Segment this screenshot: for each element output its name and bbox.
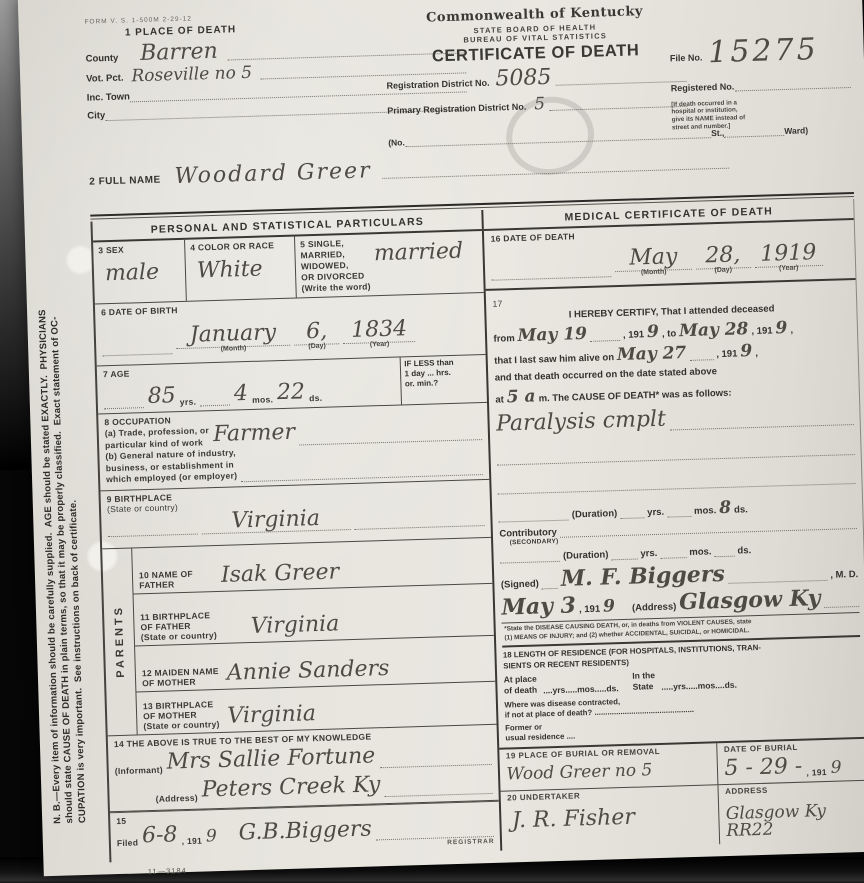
full-name-label: 2 FULL NAME <box>89 175 161 188</box>
date-of-birth-cell: 6 DATE OF BIRTH January (Month) 6, (Day) <box>95 293 486 367</box>
mos-label: mos. <box>252 395 273 406</box>
race-label: 4 COLOR OR RACE <box>190 240 289 253</box>
year-handwritten: 9 <box>603 598 615 615</box>
dob-year-value: 1834 <box>343 316 416 344</box>
comma: , <box>790 325 793 336</box>
signed-label: (Signed) <box>501 579 539 591</box>
year-handwritten: 9 <box>775 320 787 337</box>
undertaker-signature: J. R. Fisher <box>512 805 714 833</box>
marital-cell: 5 SINGLE, MARRIED, WIDOWED, OR DIVORCED … <box>295 231 484 298</box>
dotted-line <box>714 549 734 558</box>
dotted-line <box>499 513 569 523</box>
marital-value: married <box>374 241 465 293</box>
primary-registration-label: Primary Registration District No. <box>387 102 526 116</box>
duration-ds-label: ds. <box>737 545 751 556</box>
certificate-form: FORM V. S. 1-500M 2-29-12 1 PLACE OF DEA… <box>84 0 864 878</box>
city-label: City <box>87 110 105 122</box>
sex-cell: 3 SEX male <box>93 240 187 304</box>
year-printed: , 191 <box>751 325 772 337</box>
dotted-line <box>611 552 637 561</box>
year-handwritten: 9 <box>647 324 659 341</box>
ward-label: Ward) <box>784 125 808 136</box>
certify-line1: I HEREBY CERTIFY, That I attended deceas… <box>569 303 775 320</box>
registration-district-label: Registration District No. <box>386 78 489 91</box>
age-months-value: 4 <box>234 383 249 405</box>
sign-address-label: (Address) <box>632 602 677 614</box>
time-cause-row: at 5 a m. The CAUSE OF DEATH* was as fol… <box>495 379 853 406</box>
street-ward-row: (No. St., Ward) <box>388 125 808 147</box>
undertaker-address-cell: ADDRESS Glasgow Ky RR22 <box>719 781 864 844</box>
filed-date-value: 6-8 <box>142 824 178 847</box>
duration-label: (Duration) <box>563 550 609 562</box>
dod-year-value: 1919 <box>754 240 823 268</box>
cause-of-death-value: Paralysis cmplt <box>496 409 666 436</box>
occupation-b-label: (b) General nature of industry, business… <box>105 448 237 486</box>
father-birthplace-value: Virginia <box>250 613 339 638</box>
full-name-row: 2 FULL NAME Woodard Greer <box>89 150 729 188</box>
sex-label: 3 SEX <box>98 243 179 255</box>
last-saw-value: May 27 <box>617 345 687 364</box>
from-label: from <box>493 333 514 345</box>
place-of-burial-label: 19 PLACE OF BURIAL OR REMOVAL <box>506 746 711 761</box>
duration-label: (Duration) <box>572 508 618 520</box>
dotted-line <box>102 341 172 357</box>
sign-address-value: Glasgow Ky <box>679 587 821 613</box>
death-certificate-paper: N. B.—Every item of information should b… <box>18 0 864 876</box>
parents-section: PARENTS 10 NAME OF FATHER Isak Greer 11 … <box>102 537 497 735</box>
informant-value: Mrs Sallie Fortune <box>166 745 375 773</box>
dotted-line <box>498 471 856 495</box>
to-label: , to <box>662 328 677 339</box>
dotted-line <box>660 550 686 559</box>
marital-label: 5 SINGLE, MARRIED, WIDOWED, OR DIVORCED … <box>300 237 371 294</box>
birthplace-cell: 9 BIRTHPLACE (State or country) Virginia <box>100 480 491 550</box>
last-saw-label: that I last saw him alive on <box>494 352 614 367</box>
yrs-label: yrs. <box>180 397 197 407</box>
year-printed: , 191 <box>806 767 827 778</box>
inc-town-label: Inc. Town <box>87 91 130 103</box>
mother-birthplace-value: Virginia <box>227 703 316 728</box>
dod-month-value: May <box>615 244 692 272</box>
dotted-line <box>200 392 230 406</box>
occupation-a-value: Farmer <box>213 422 295 446</box>
physician-signature: M. F. Biggers <box>560 563 725 590</box>
registered-no-label: Registered No. <box>671 81 735 93</box>
county-label: County <box>85 53 118 65</box>
filed-cell: 15 Filed 6-8 , 191 9 G.B.Biggers REGISTR… <box>110 800 501 860</box>
year-handwritten: 9 <box>740 343 752 360</box>
file-no-value: 15275 <box>708 35 819 68</box>
mother-name-label: 12 MAIDEN NAME OF MOTHER <box>142 666 219 688</box>
date-of-death-cell: 16 DATE OF DEATH May (Month) 28, (Day) 1… <box>484 220 855 291</box>
birthplace-value: Virginia <box>201 507 350 534</box>
registration-district-row: Registration District No. 5085 <box>386 63 686 91</box>
dotted-line <box>542 581 558 590</box>
dotted-line <box>734 74 851 91</box>
st-label: St., <box>711 128 725 138</box>
date-of-burial-value: 5 - 29 - <box>724 756 802 780</box>
dotted-line <box>104 395 144 410</box>
at-place-label: At place of death <box>504 673 538 696</box>
vot-pct-label: Vot. Pct. <box>86 73 124 85</box>
county-value: Barren <box>140 41 218 65</box>
duration-mos-label: mos. <box>694 505 717 517</box>
if-less-than-label: IF LESS than 1 day ... hrs. or. min.? <box>400 355 487 405</box>
dod-day-value: 28, <box>695 242 751 270</box>
place-of-burial-cell: 19 PLACE OF BURIAL OR REMOVAL Wood Greer… <box>500 744 719 791</box>
sign-date-value: May 3 <box>501 595 576 619</box>
dotted-line <box>354 512 485 529</box>
dotted-line <box>724 129 784 138</box>
residence-units-2: .....yrs.....mos....ds. <box>661 679 737 691</box>
registrar-signature: G.B.Biggers <box>238 818 372 844</box>
full-name-value: Woodard Greer <box>174 160 372 188</box>
file-no-label: File No. <box>670 52 703 63</box>
duration-yrs-label: yrs. <box>640 548 657 559</box>
year-printed: , 191 <box>716 348 737 360</box>
dotted-line <box>620 510 644 519</box>
undertaker-address-label: ADDRESS <box>725 783 864 796</box>
informant-label: (Informant) <box>115 764 163 775</box>
dob-day-value: 6, <box>294 319 340 346</box>
undertaker-row: 20 UNDERTAKER J. R. Fisher ADDRESS Glasg… <box>501 780 864 851</box>
attended-from-value: May 19 <box>517 326 587 345</box>
dotted-line <box>384 780 493 797</box>
filed-label: Filed <box>117 837 139 848</box>
dotted-line <box>491 264 611 281</box>
dotted-line <box>379 751 492 768</box>
date-of-burial-label: DATE OF BURIAL <box>724 741 864 754</box>
dotted-line <box>107 521 197 537</box>
informant-address-label: (Address) <box>155 792 198 803</box>
medical-column: MEDICAL CERTIFICATE OF DEATH 16 DATE OF … <box>484 199 864 851</box>
age-years-value: 85 <box>147 385 176 408</box>
informant-cell: 14 THE ABOVE IS TRUE TO THE BEST OF MY K… <box>108 724 500 812</box>
parents-label: PARENTS <box>112 605 126 678</box>
certificate-body: PERSONAL AND STATISTICAL PARTICULARS 3 S… <box>90 199 864 863</box>
dotted-line <box>824 599 860 608</box>
no-label: (No. <box>388 137 405 147</box>
dotted-line <box>500 554 560 564</box>
comma: , <box>755 348 758 359</box>
dotted-line <box>381 155 729 179</box>
year-printed: , 191 <box>579 604 600 616</box>
place-of-burial-value: Wood Greer no 5 <box>506 761 711 784</box>
occupation-a-label: (a) Trade, profession, or particular kin… <box>105 425 210 451</box>
father-name-value: Isak Greer <box>221 561 340 586</box>
mother-name-value: Annie Sanders <box>227 658 390 685</box>
duration-ds-label: ds. <box>734 504 748 515</box>
certificate-header: FORM V. S. 1-500M 2-29-12 1 PLACE OF DEA… <box>84 0 853 215</box>
residence-units-1: ....yrs.....mos.....ds. <box>543 683 619 695</box>
informant-address-value: Peters Creek Ky <box>201 774 380 801</box>
dotted-line <box>241 461 484 482</box>
file-number-block: File No. 15275 Registered No. [If death … <box>669 34 852 132</box>
dotted-line <box>667 509 691 518</box>
father-birthplace-label: 11 BIRTHPLACE OF FATHER (State or countr… <box>140 610 217 642</box>
death-occurred-line: and that death occurred on the date stat… <box>495 366 717 384</box>
sex-value: male <box>105 261 181 285</box>
vot-pct-value: Roseville no 5 <box>131 65 252 86</box>
dotted-line <box>728 573 828 584</box>
dotted-line <box>670 411 854 430</box>
registration-district-value: 5085 <box>495 67 552 91</box>
registered-no-row: Registered No. <box>670 74 850 93</box>
cause-intro: m. The CAUSE OF DEATH* was as follows: <box>538 388 731 405</box>
race-value: White <box>197 258 291 283</box>
filed-year-printed: , 191 <box>181 835 202 846</box>
mother-birthplace-label: 13 BIRTHPLACE OF MOTHER (State or countr… <box>143 699 220 731</box>
personal-column: PERSONAL AND STATISTICAL PARTICULARS 3 S… <box>92 210 502 863</box>
age-days-value: 22 <box>277 382 306 405</box>
dotted-line <box>497 441 855 465</box>
md-label: , M. D. <box>830 569 858 581</box>
certify-number: 17 <box>492 298 502 308</box>
year-handwritten: 9 <box>830 760 841 777</box>
certification-cell: 17 I HEREBY CERTIFY, That I attended dec… <box>486 280 864 748</box>
undertaker-address-value: Glasgow Ky RR22 <box>726 802 864 840</box>
duration-mos-label: mos. <box>689 547 712 559</box>
dotted-line <box>590 333 620 342</box>
ds-label: ds. <box>309 393 322 403</box>
in-the-state-label: In the State <box>632 670 655 693</box>
date-of-burial-cell: DATE OF BURIAL 5 - 29 - , 191 9 <box>718 739 864 784</box>
dotted-line <box>689 352 713 361</box>
race-cell: 4 COLOR OR RACE White <box>185 237 297 301</box>
occupation-cell: 8 OCCUPATION (a) Trade, profession, or p… <box>98 403 490 491</box>
undertaker-label: 20 UNDERTAKER <box>507 788 712 803</box>
year-printed: , 191 <box>623 329 644 341</box>
undertaker-cell: 20 UNDERTAKER J. R. Fisher <box>501 786 721 851</box>
sex-race-marital-row: 3 SEX male 4 COLOR OR RACE White 5 SINGL… <box>93 231 484 305</box>
at-label: at <box>495 394 504 405</box>
time-value: 5 a <box>507 388 536 406</box>
father-name-label: 10 NAME OF FATHER <box>139 568 194 590</box>
file-no-row: File No. 15275 <box>669 34 850 63</box>
attended-to-value: May 28 <box>679 321 749 340</box>
duration-days-value: 8 <box>719 500 731 517</box>
filed-year-handwritten: 9 <box>206 828 217 845</box>
dotted-line <box>555 68 686 85</box>
duration-yrs-label: yrs. <box>647 507 664 518</box>
left-margin-instructions: N. B.—Every item of information should b… <box>29 43 89 824</box>
